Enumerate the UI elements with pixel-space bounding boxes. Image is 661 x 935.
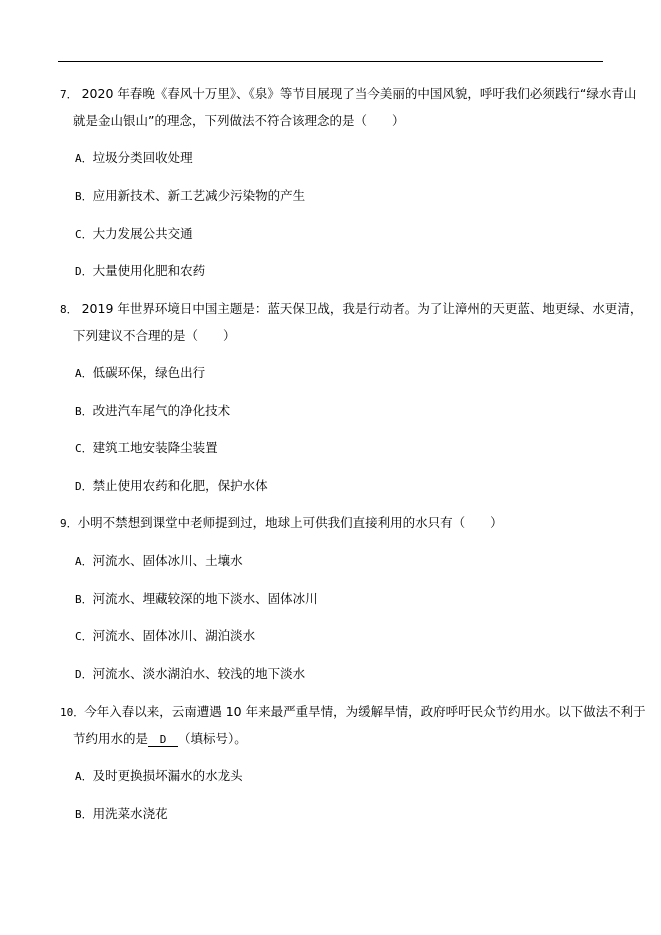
- question-number: 7．: [60, 88, 78, 101]
- question-8-option-b: B．改进汽车尾气的净化技术: [75, 403, 230, 420]
- question-text: （填标号）。: [178, 731, 247, 746]
- option-letter: A．: [75, 555, 93, 568]
- option-text: 河流水、埋藏较深的地下淡水、固体冰川: [93, 591, 318, 606]
- question-9-option-b: B．河流水、埋藏较深的地下淡水、固体冰川: [75, 591, 318, 608]
- question-9-option-a: A．河流水、固体冰川、土壤水: [75, 553, 243, 570]
- question-text: 今年入春以来，云南遭遇 10 年来最严重旱情，为缓解旱情，政府呼吁民众节约用水。…: [84, 704, 645, 719]
- question-number: 8．: [60, 303, 78, 316]
- question-9-option-d: D．河流水、淡水湖泊水、较浅的地下淡水: [75, 666, 305, 683]
- option-text: 垃圾分类回收处理: [93, 150, 193, 165]
- option-letter: A．: [75, 367, 93, 380]
- option-text: 河流水、固体冰川、湖泊淡水: [93, 628, 256, 643]
- question-10-option-a: A．及时更换损坏漏水的水龙头: [75, 768, 243, 785]
- option-text: 大量使用化肥和农药: [93, 263, 206, 278]
- question-text: 下列建议不合理的是（ ）: [73, 328, 236, 343]
- question-8-stem-line1: 8． 2019 年世界环境日中国主题是：蓝天保卫战，我是行动者。为了让漳州的天更…: [60, 301, 642, 318]
- option-letter: D．: [75, 668, 93, 681]
- option-letter: D．: [75, 480, 93, 493]
- question-7-option-b: B．应用新技术、新工艺减少污染物的产生: [75, 188, 305, 205]
- question-text: 小明不禁想到课堂中老师提到过，地球上可供我们直接利用的水只有（ ）: [78, 515, 503, 530]
- question-text: 就是金山银山”的理念，下列做法不符合该理念的是（ ）: [73, 113, 404, 128]
- question-7-stem-line2: 就是金山银山”的理念，下列做法不符合该理念的是（ ）: [73, 113, 404, 129]
- question-8-option-a: A．低碳环保，绿色出行: [75, 365, 205, 382]
- option-letter: C．: [75, 630, 93, 643]
- option-letter: A．: [75, 770, 93, 783]
- option-text: 禁止使用农药和化肥，保护水体: [93, 478, 268, 493]
- option-text: 河流水、固体冰川、土壤水: [93, 553, 243, 568]
- option-letter: B．: [75, 405, 93, 418]
- document-page: 7． 2020 年春晚《春风十万里》、《泉》等节目展现了当今美丽的中国风貌，呼吁…: [0, 0, 661, 935]
- option-letter: C．: [75, 228, 93, 241]
- option-letter: D．: [75, 265, 93, 278]
- option-text: 大力发展公共交通: [93, 226, 193, 241]
- question-text: 2020 年春晚《春风十万里》、《泉》等节目展现了当今美丽的中国风貌，呼吁我们必…: [82, 86, 637, 101]
- question-8-stem-line2: 下列建议不合理的是（ ）: [73, 328, 236, 344]
- option-text: 改进汽车尾气的净化技术: [93, 403, 231, 418]
- option-text: 建筑工地安装降尘装置: [93, 440, 218, 455]
- option-letter: C．: [75, 442, 93, 455]
- question-7-option-d: D．大量使用化肥和农药: [75, 263, 205, 280]
- option-text: 应用新技术、新工艺减少污染物的产生: [93, 188, 306, 203]
- option-text: 河流水、淡水湖泊水、较浅的地下淡水: [93, 666, 306, 681]
- option-text: 用洗菜水浇花: [93, 806, 168, 821]
- question-10-option-b: B．用洗菜水浇花: [75, 806, 168, 823]
- question-8-option-d: D．禁止使用农药和化肥，保护水体: [75, 478, 268, 495]
- question-7-stem-line1: 7． 2020 年春晚《春风十万里》、《泉》等节目展现了当今美丽的中国风貌，呼吁…: [60, 86, 636, 103]
- option-letter: B．: [75, 593, 93, 606]
- question-7-option-a: A．垃圾分类回收处理: [75, 150, 193, 167]
- option-letter: B．: [75, 808, 93, 821]
- question-9-option-c: C．河流水、固体冰川、湖泊淡水: [75, 628, 255, 645]
- header-rule: [58, 61, 603, 62]
- question-text: 2019 年世界环境日中国主题是：蓝天保卫战，我是行动者。为了让漳州的天更蓝、地…: [82, 301, 643, 316]
- question-9-stem-line1: 9．小明不禁想到课堂中老师提到过，地球上可供我们直接利用的水只有（ ）: [60, 515, 503, 532]
- option-letter: B．: [75, 190, 93, 203]
- question-number: 10．: [60, 706, 84, 719]
- question-number: 9．: [60, 517, 78, 530]
- question-10-stem-line1: 10．今年入春以来，云南遭遇 10 年来最严重旱情，为缓解旱情，政府呼吁民众节约…: [60, 704, 646, 721]
- question-8-option-c: C．建筑工地安装降尘装置: [75, 440, 218, 457]
- question-10-stem-line2: 节约用水的是D（填标号）。: [73, 731, 247, 747]
- option-text: 及时更换损坏漏水的水龙头: [93, 768, 243, 783]
- option-letter: A．: [75, 152, 93, 165]
- question-7-option-c: C．大力发展公共交通: [75, 226, 193, 243]
- option-text: 低碳环保，绿色出行: [93, 365, 206, 380]
- question-text: 节约用水的是: [73, 731, 148, 746]
- answer-blank: D: [148, 733, 178, 747]
